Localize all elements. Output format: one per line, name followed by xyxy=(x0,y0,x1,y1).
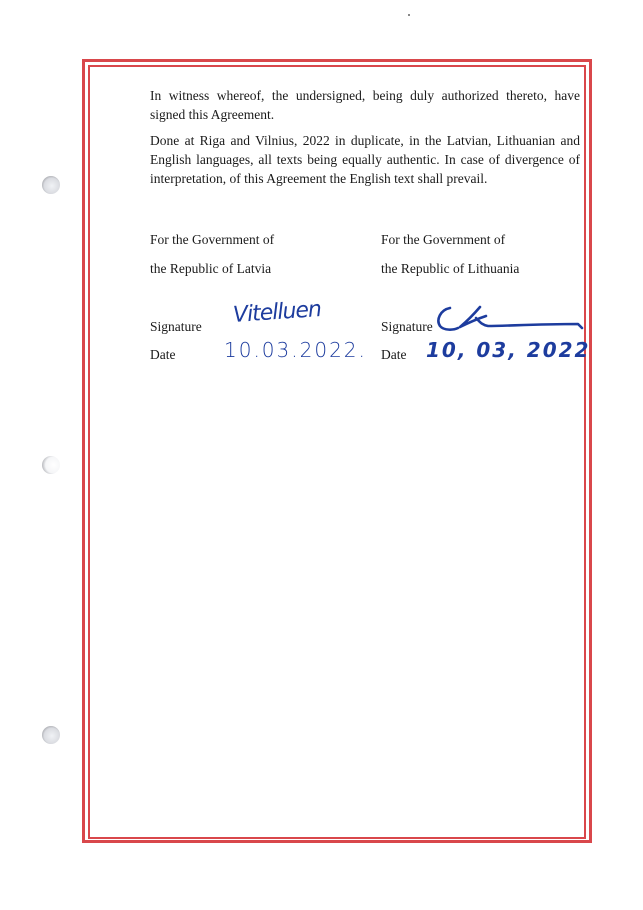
lithuania-date-label: Date xyxy=(381,347,406,363)
lithuania-handwritten-signature xyxy=(436,304,586,334)
done-at-paragraph: Done at Riga and Vilnius, 2022 in duplic… xyxy=(150,131,580,188)
latvia-party-line2: the Republic of Latvia xyxy=(150,261,271,277)
latvia-party-line1: For the Government of xyxy=(150,232,274,248)
punch-hole xyxy=(42,456,60,474)
latvia-handwritten-date: 10.03.2022. xyxy=(224,338,367,362)
lithuania-handwritten-date: 10, 03, 2022 xyxy=(426,338,590,362)
scan-speck xyxy=(408,14,410,16)
punch-hole xyxy=(42,726,60,744)
latvia-date-label: Date xyxy=(150,347,175,363)
lithuania-party-line2: the Republic of Lithuania xyxy=(381,261,519,277)
lithuania-party-line1: For the Government of xyxy=(381,232,505,248)
latvia-signature-label: Signature xyxy=(150,319,202,335)
witness-paragraph: In witness whereof, the undersigned, bei… xyxy=(150,86,580,124)
punch-hole xyxy=(42,176,60,194)
lithuania-signature-label: Signature xyxy=(381,319,433,335)
